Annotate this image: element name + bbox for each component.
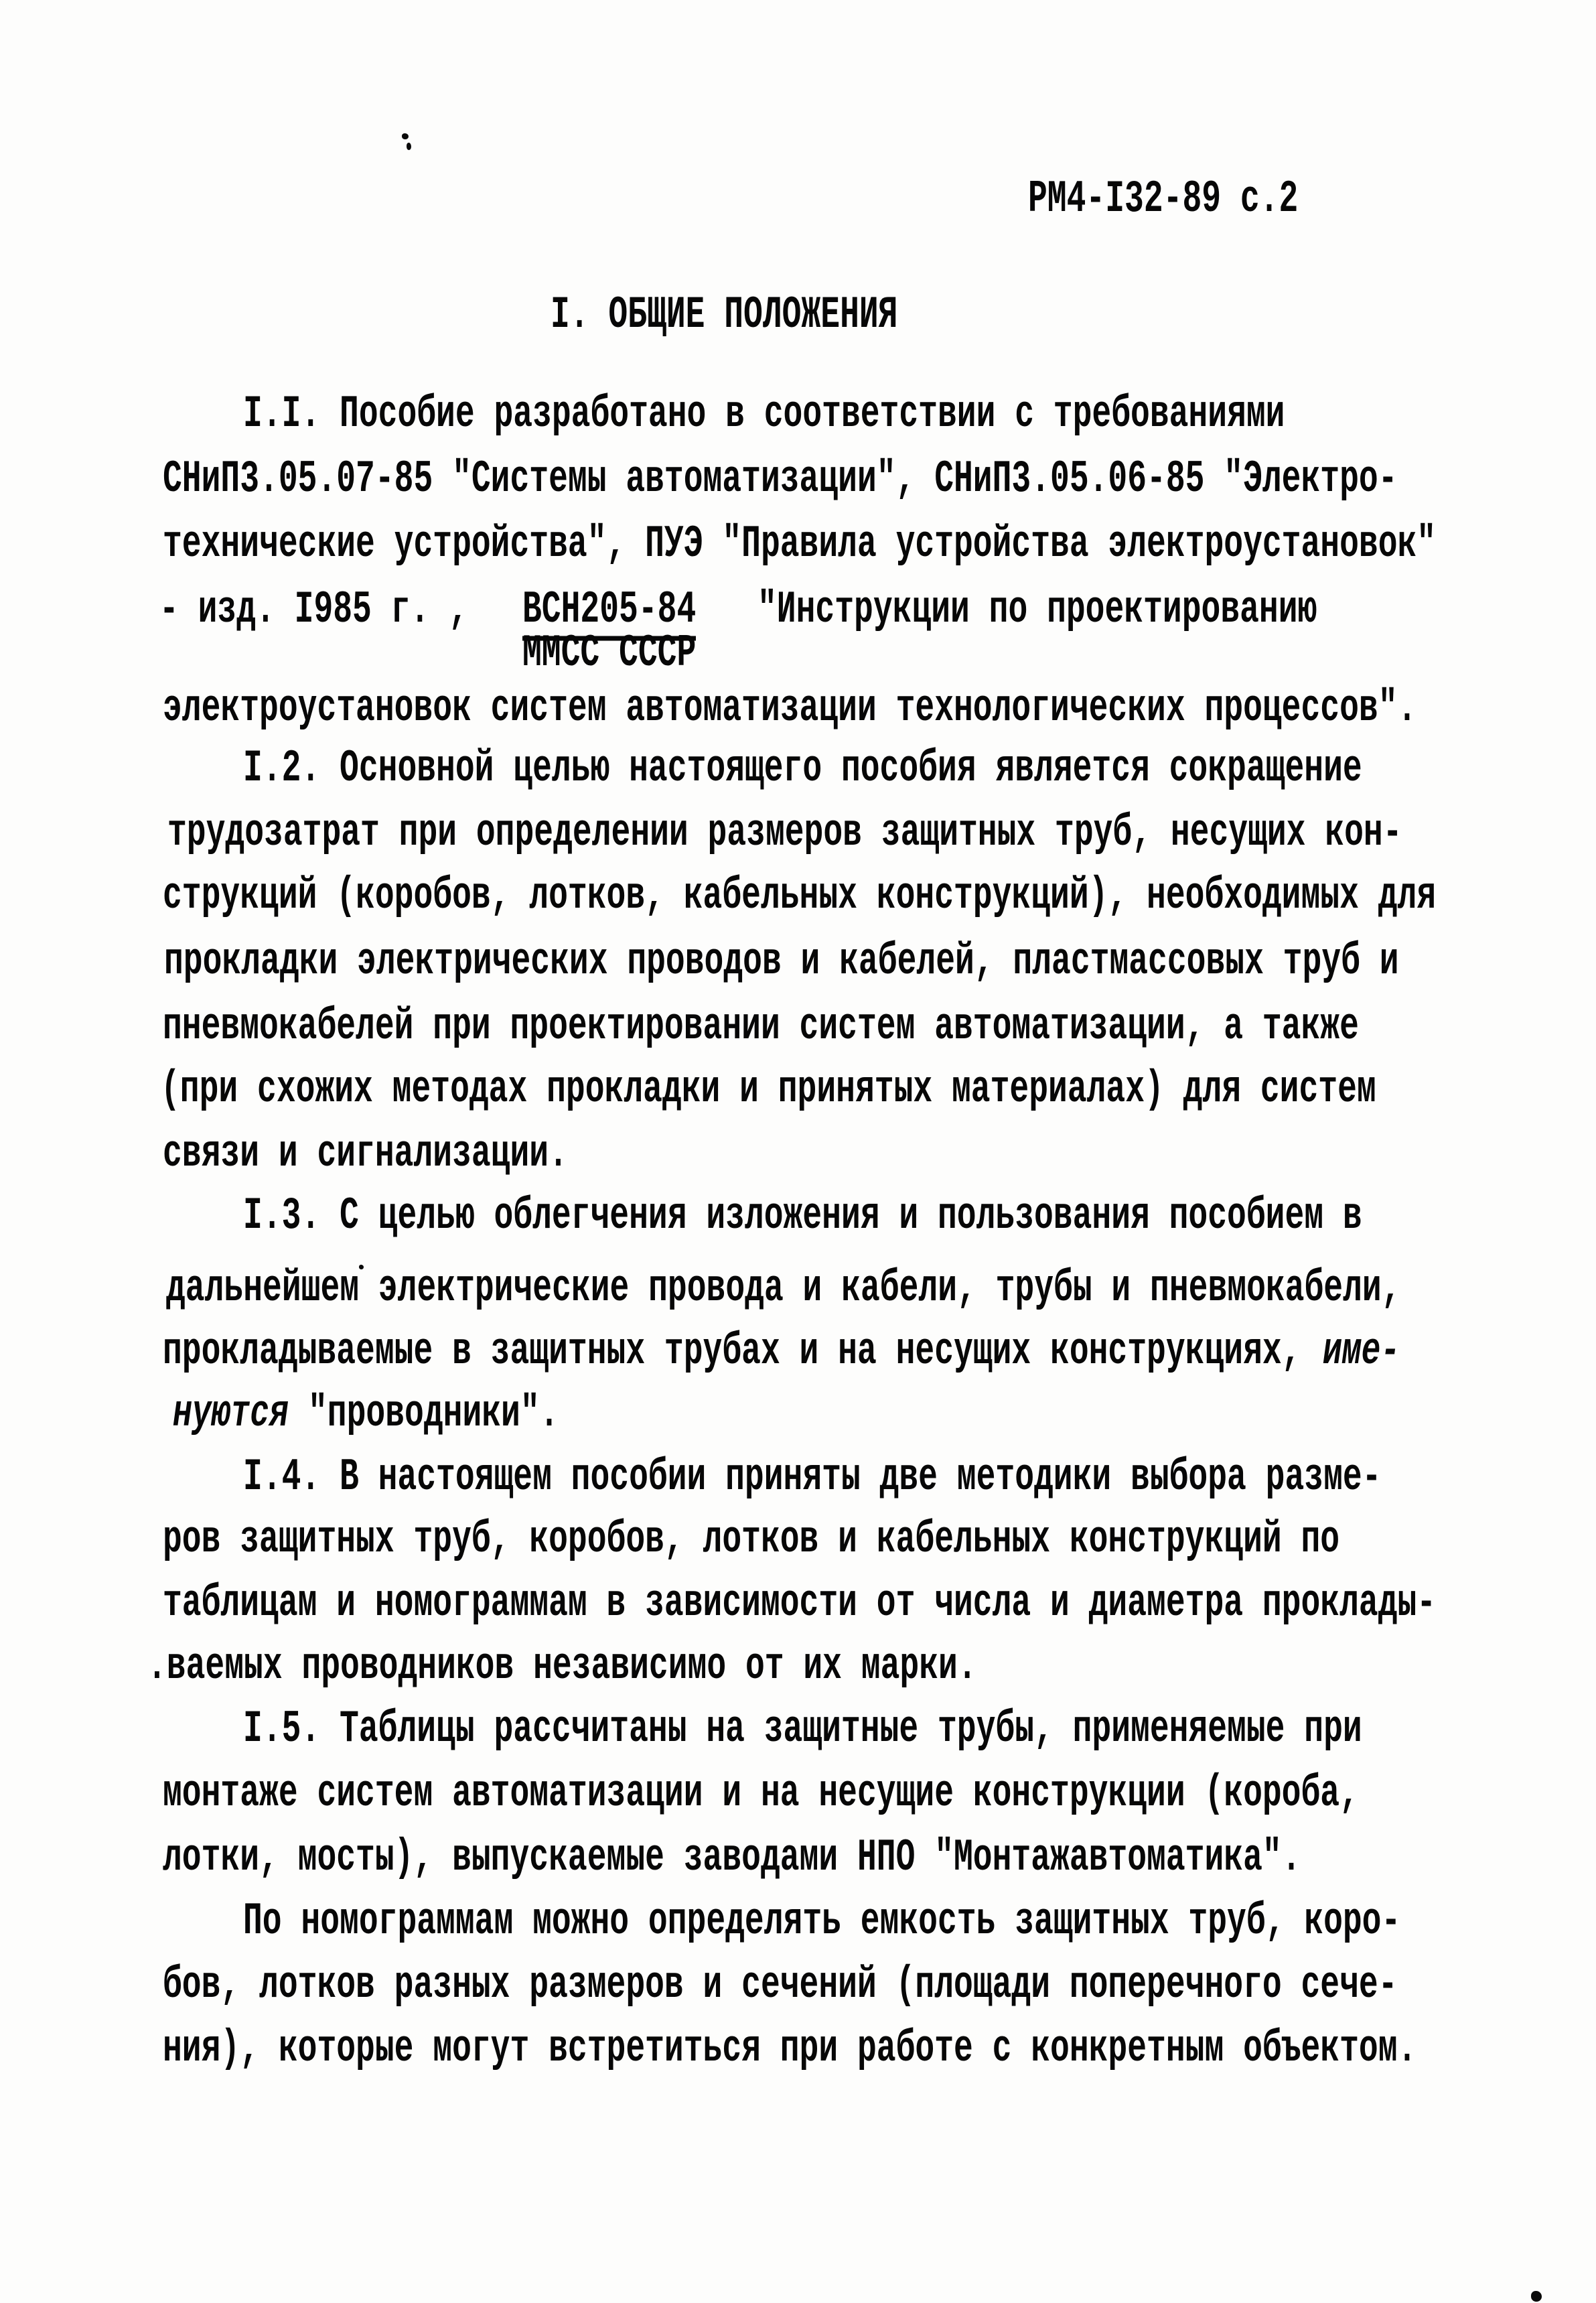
text-line: .ваемых проводников независимо от их мар… [147,1644,977,1689]
ink-speck [407,143,411,150]
text-line: - изд. I985 г. , [159,587,468,633]
text-line: трудозатрат при определении размеров защ… [167,811,1402,856]
text-line: прокладываемые в защитных трубах и на не… [163,1329,1301,1375]
text-line: СНиП3.05.07-85 "Системы автоматизации", … [163,457,1398,502]
text-line: связи и сигнализации. [163,1131,568,1177]
text-line: По номограммам можно определять емкость … [243,1899,1400,1945]
text-line: (при схожих методах прокладки и принятых… [161,1067,1376,1113]
text-line: I.I. Пособие разработано в соответствии … [243,392,1285,437]
text-line: I.5. Таблицы рассчитаны на защитные труб… [243,1707,1362,1752]
text-line: I.2. Основной целью настоящего пособия я… [243,746,1362,792]
text-line: пневмокабелей при проектировании систем … [163,1004,1359,1050]
ink-speck [359,1265,364,1269]
ink-speck [402,133,409,139]
document-page: РМ4-I32-89 с.2 I. ОБЩИЕ ПОЛОЖЕНИЯ I.I. П… [0,0,1596,2303]
page-header-reference: РМ4-I32-89 с.2 [1028,177,1298,222]
text-line: "Инструкции по проектированию [757,587,1317,633]
text-line: прокладки электрических проводов и кабел… [164,939,1399,985]
ink-speck [1531,2291,1542,2302]
text-line: ния), которые могут встретиться при рабо… [163,2026,1417,2072]
text-line: монтаже систем автоматизации и на несущи… [163,1771,1359,1817]
text-line: дальнейшем электрические провода и кабел… [166,1266,1401,1312]
italic-insert: нуются [173,1391,289,1437]
vsn-reference-denominator: ММСС СССР [522,631,696,677]
text-line: электроустановок систем автоматизации те… [163,686,1417,731]
text-line: таблицам и номограммам в зависимости от … [163,1581,1436,1626]
italic-insert: име- [1323,1329,1400,1375]
text-line: "проводники". [308,1391,559,1437]
text-line: технические устройства", ПУЭ "Правила ус… [163,522,1436,567]
section-title: I. ОБЩИЕ ПОЛОЖЕНИЯ [551,293,897,338]
text-line: ров защитных труб, коробов, лотков и каб… [163,1517,1339,1563]
text-line: лотки, мосты), выпускаемые заводами НПО … [163,1835,1301,1881]
text-line: струкций (коробов, лотков, кабельных кон… [163,874,1436,919]
text-line: I.4. В настоящем пособии приняты две мет… [243,1455,1381,1501]
text-line: бов, лотков разных размеров и сечений (п… [163,1963,1398,2008]
text-line: I.3. С целью облегчения изложения и поль… [243,1194,1362,1239]
